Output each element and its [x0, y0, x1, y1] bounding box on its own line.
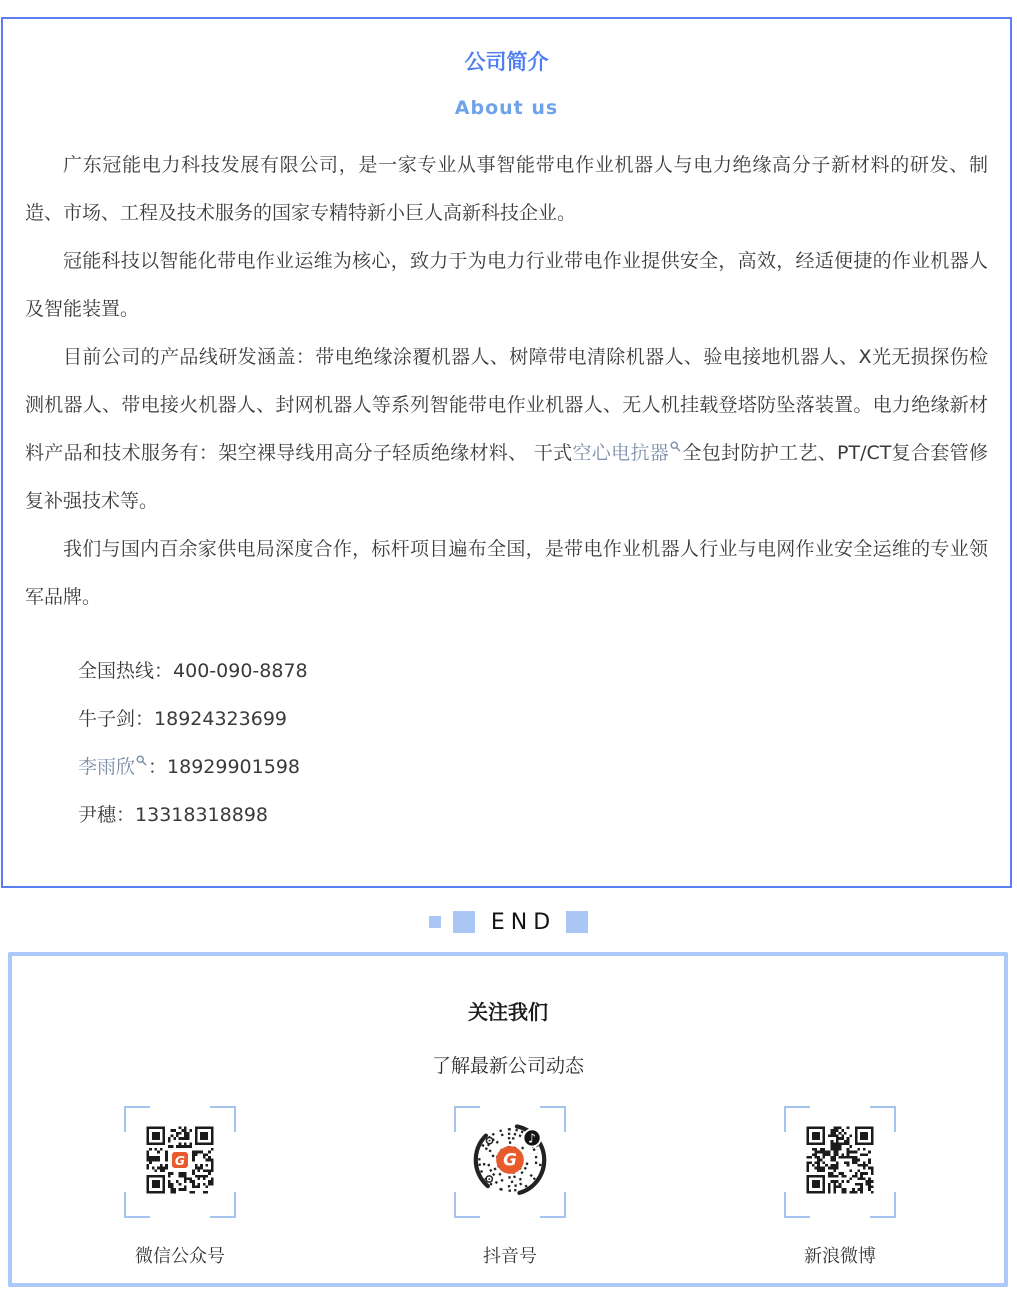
svg-text:♪: ♪ [528, 1131, 536, 1146]
divider-square-right [566, 911, 588, 933]
contact-hotline: 全国热线：400-090-8878 [78, 647, 988, 695]
frame-corner-icon [784, 1106, 810, 1132]
wechat-label: 微信公众号 [135, 1242, 225, 1268]
svg-text:G: G [503, 1149, 517, 1169]
qr-code-row: G 微信公众号 G♪ 抖音号 新浪微博 [12, 1106, 1004, 1268]
weibo-qr-code [801, 1121, 879, 1203]
search-icon[interactable] [136, 755, 147, 766]
paragraph-company-overview: 广东冠能电力科技发展有限公司，是一家专业从事智能带电作业机器人与电力绝缘高分子新… [25, 141, 988, 237]
frame-corner-icon [870, 1106, 896, 1132]
frame-corner-icon [124, 1106, 150, 1132]
paragraph-core-mission: 冠能科技以智能化带电作业运维为核心，致力于为电力行业带电作业提供安全，高效，经适… [25, 237, 988, 333]
divider-square-left [453, 911, 475, 933]
end-label: END [491, 910, 556, 935]
frame-corner-icon [784, 1192, 810, 1218]
search-icon[interactable] [670, 441, 681, 452]
weibo-column: 新浪微博 [784, 1106, 896, 1268]
frame-corner-icon [454, 1106, 480, 1132]
frame-corner-icon [454, 1192, 480, 1218]
frame-corner-icon [210, 1192, 236, 1218]
douyin-label: 抖音号 [483, 1242, 537, 1268]
contact-phone: 400-090-8878 [173, 660, 308, 682]
contact-phone: 18929901598 [167, 756, 300, 778]
svg-text:G: G [175, 1154, 185, 1168]
paragraph-product-lines: 目前公司的产品线研发涵盖：带电绝缘涂覆机器人、树障带电清除机器人、验电接地机器人… [25, 333, 988, 525]
contact-separator: ： [135, 708, 154, 730]
contact-list: 全国热线：400-090-8878 牛子剑：18924323699 李雨欣：18… [78, 647, 988, 839]
contact-name: 牛子剑 [78, 708, 135, 730]
douyin-column: G♪ 抖音号 [454, 1106, 566, 1268]
paragraph-market-position: 我们与国内百余家供电局深度合作，标杆项目遍布全国，是带电作业机器人行业与电网作业… [25, 525, 988, 621]
qr-frame: G♪ [454, 1106, 566, 1218]
contact-name: 尹穗 [78, 804, 116, 826]
frame-corner-icon [124, 1192, 150, 1218]
contact-phone: 13318318898 [135, 804, 268, 826]
contact-separator: ： [148, 756, 167, 778]
contact-separator: ： [116, 804, 135, 826]
contact-person-3: 尹穗：13318318898 [78, 791, 988, 839]
qr-frame [784, 1106, 896, 1218]
follow-subheading: 了解最新公司动态 [12, 1051, 1004, 1078]
frame-corner-icon [540, 1106, 566, 1132]
end-divider: END [0, 904, 1017, 940]
contact-phone: 18924323699 [154, 708, 287, 730]
page-subtitle: About us [25, 93, 988, 123]
qr-frame: G [124, 1106, 236, 1218]
reactor-link[interactable]: 空心电抗器 [572, 442, 669, 464]
contact-person-1: 牛子剑：18924323699 [78, 695, 988, 743]
page-title: 公司简介 [25, 45, 988, 79]
contact-person-2: 李雨欣：18929901598 [78, 743, 988, 791]
article-body: 广东冠能电力科技发展有限公司，是一家专业从事智能带电作业机器人与电力绝缘高分子新… [25, 141, 988, 621]
frame-corner-icon [210, 1106, 236, 1132]
contact-name-link[interactable]: 李雨欣 [78, 756, 135, 778]
weibo-label: 新浪微博 [804, 1242, 876, 1268]
contact-name: 全国热线 [78, 660, 154, 682]
follow-heading: 关注我们 [12, 996, 1004, 1025]
wechat-column: G 微信公众号 [124, 1106, 236, 1268]
wechat-qr-code: G [141, 1121, 219, 1203]
frame-corner-icon [540, 1192, 566, 1218]
frame-corner-icon [870, 1192, 896, 1218]
follow-us-section: 关注我们 了解最新公司动态 G 微信公众号 G♪ 抖音号 [8, 952, 1008, 1287]
contact-separator: ： [154, 660, 173, 682]
divider-square-small [429, 916, 441, 928]
company-intro-section: 公司简介 About us 广东冠能电力科技发展有限公司，是一家专业从事智能带电… [1, 17, 1012, 888]
